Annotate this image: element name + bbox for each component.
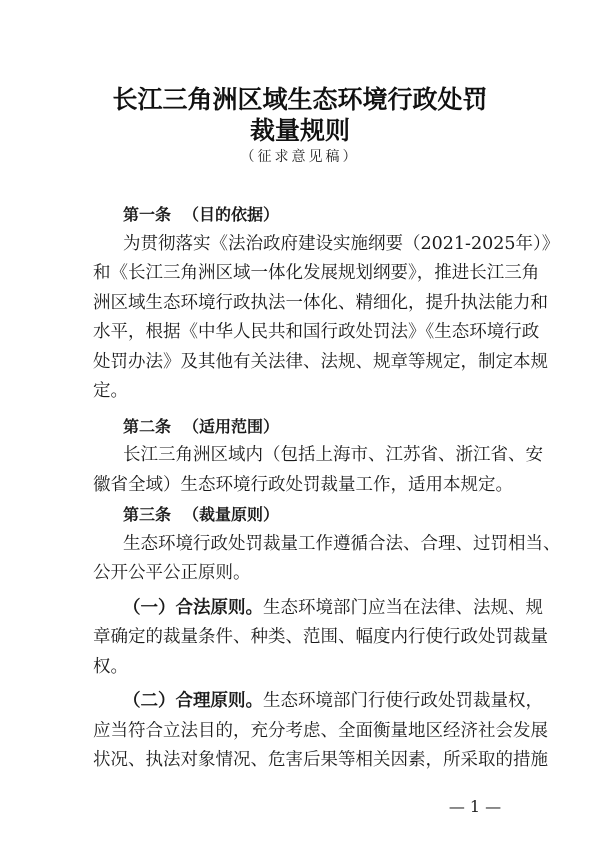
principle-label: （一）合法原则。 (123, 598, 263, 618)
document-subtitle: （征求意见稿） (0, 146, 600, 166)
principle-text: 生态环境部门行使行政处罚裁量权， (263, 691, 543, 711)
paragraph-line: 为贯彻落实《法治政府建设实施纲要（2021-2025年）》 (93, 230, 509, 260)
principle-1-first-line: （一）合法原则。生态环境部门应当在法律、法规、规 (93, 594, 509, 624)
article-topic: （目的依据） (183, 205, 279, 224)
article-3-heading: 第三条（裁量原则） (93, 500, 509, 530)
paragraph-line: 洲区域生态环境行政执法一体化、精细化，提升执法能力和 (93, 289, 509, 319)
paragraph-line: 公开公平公正原则。 (93, 559, 509, 589)
document-body: 第一条（目的依据） 为贯彻落实《法治政府建设实施纲要（2021-2025年）》 … (93, 200, 509, 776)
document-page: 长江三角洲区域生态环境行政处罚 裁量规则 （征求意见稿） 第一条（目的依据） 为… (0, 0, 600, 848)
paragraph-line: 定。 (93, 377, 509, 407)
paragraph-line: 状况、执法对象情况、危害后果等相关因素，所采取的措施 (93, 746, 509, 776)
paragraph-line: 生态环境行政处罚裁量工作遵循合法、合理、过罚相当、 (93, 530, 509, 560)
article-2-heading: 第二条（适用范围） (93, 412, 509, 442)
article-topic: （裁量原则） (183, 505, 279, 524)
principle-text: 生态环境部门应当在法律、法规、规 (263, 598, 543, 618)
article-number: 第三条 (123, 505, 171, 524)
article-number: 第一条 (123, 205, 171, 224)
paragraph-line: 徽省全域）生态环境行政处罚裁量工作，适用本规定。 (93, 471, 509, 501)
paragraph-line: 水平，根据《中华人民共和国行政处罚法》《生态环境行政 (93, 318, 509, 348)
page-number: — 1 — (430, 797, 520, 816)
document-title-line2: 裁量规则 (0, 111, 600, 147)
article-topic: （适用范围） (183, 417, 279, 436)
principle-label: （二）合理原则。 (123, 691, 263, 711)
paragraph-line: 长江三角洲区域内（包括上海市、江苏省、浙江省、安 (93, 441, 509, 471)
paragraph-line: 和《长江三角洲区域一体化发展规划纲要》，推进长江三角 (93, 259, 509, 289)
paragraph-line: 处罚办法》及其他有关法律、法规、规章等规定，制定本规 (93, 348, 509, 378)
paragraph-line: 应当符合立法目的，充分考虑、全面衡量地区经济社会发展 (93, 717, 509, 747)
article-1-heading: 第一条（目的依据） (93, 200, 509, 230)
principle-2-first-line: （二）合理原则。生态环境部门行使行政处罚裁量权， (93, 687, 509, 717)
article-number: 第二条 (123, 417, 171, 436)
paragraph-line: 章确定的裁量条件、种类、范围、幅度内行使行政处罚裁量 (93, 623, 509, 653)
paragraph-line: 权。 (93, 653, 509, 683)
